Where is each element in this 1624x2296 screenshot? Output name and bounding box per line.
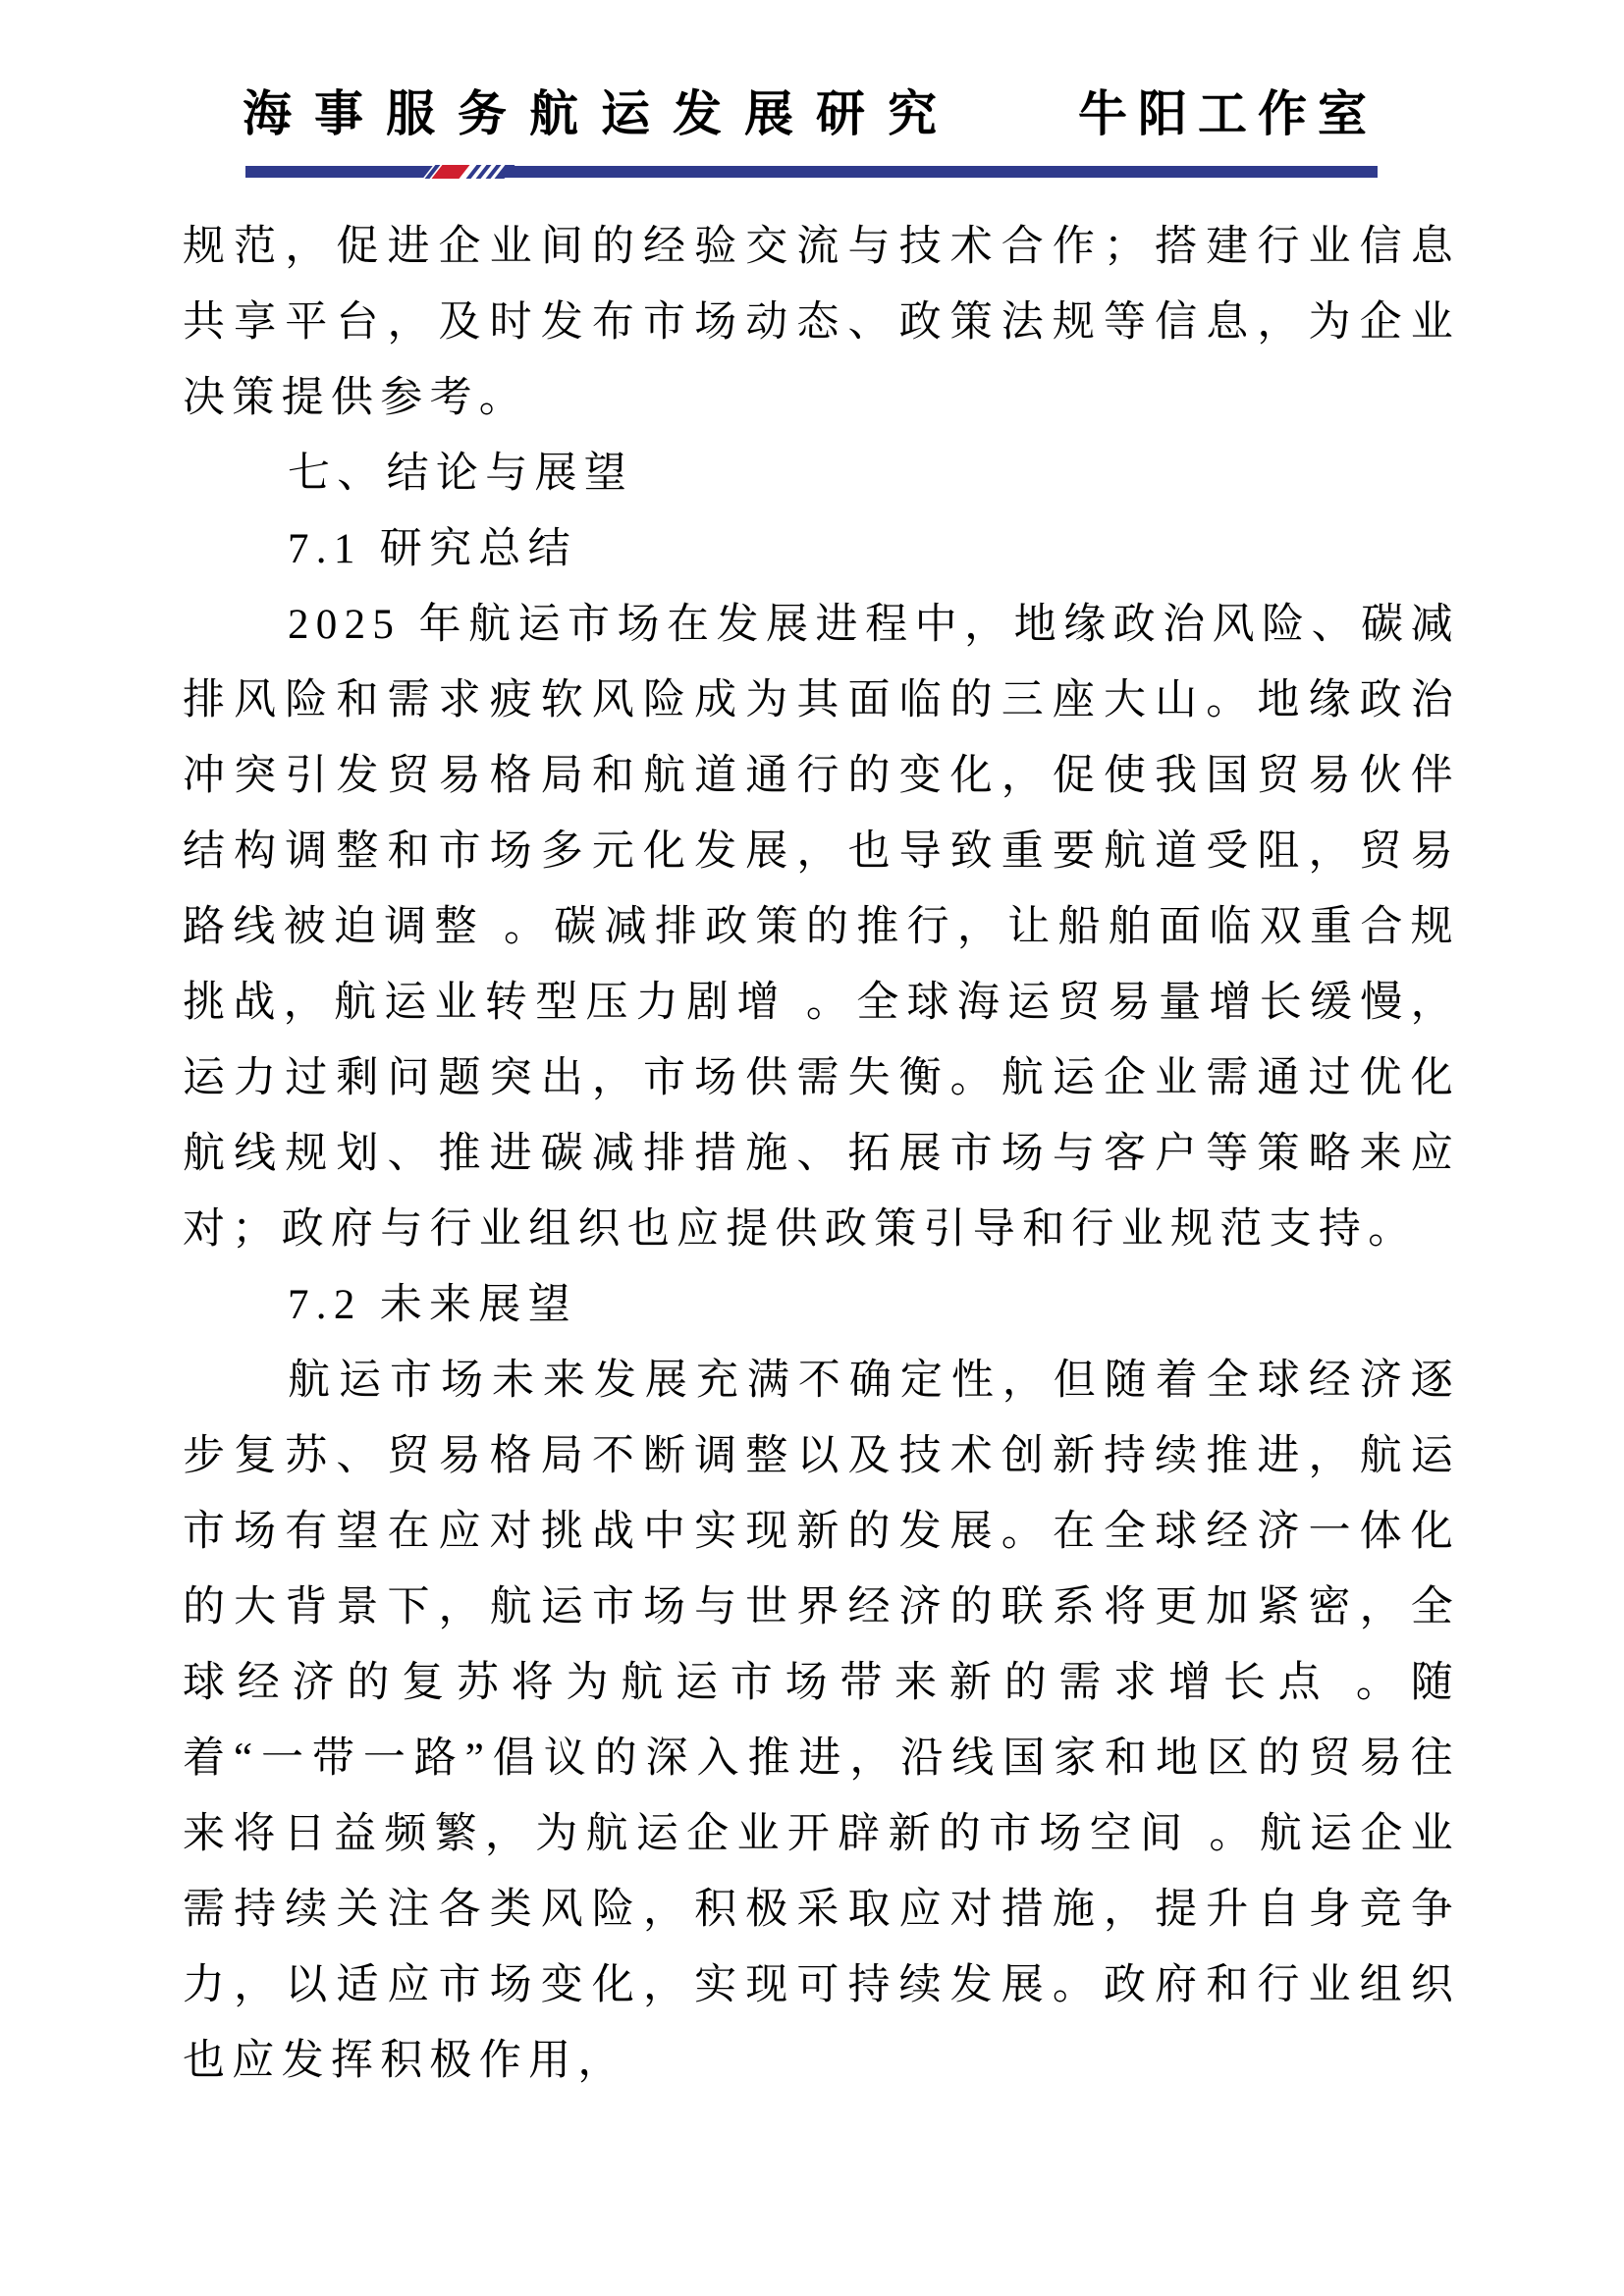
body-paragraph: 规范，促进企业间的经验交流与技术合作；搭建行业信息共享平台，及时发布市场动态、政… bbox=[183, 209, 1460, 436]
body-paragraph: 2025 年航运市场在发展进程中，地缘政治风险、碳减排风险和需求疲软风险成为其面… bbox=[183, 587, 1460, 1267]
page-header: 海事服务航运发展研究 牛阳工作室 bbox=[243, 84, 1378, 143]
header-rule-accent bbox=[423, 165, 513, 179]
section-heading: 7.2 未来展望 bbox=[183, 1267, 1460, 1343]
header-title-left: 海事服务航运发展研究 bbox=[243, 84, 959, 143]
document-body: 规范，促进企业间的经验交流与技术合作；搭建行业信息共享平台，及时发布市场动态、政… bbox=[183, 209, 1460, 2099]
page: { "header": { "title_left": "海事服务航运发展研究"… bbox=[0, 0, 1624, 2296]
section-heading: 七、结论与展望 bbox=[183, 436, 1460, 511]
header-title-right: 牛阳工作室 bbox=[1078, 84, 1378, 143]
body-paragraph: 航运市场未来发展充满不确定性，但随着全球经济逐步复苏、贸易格局不断调整以及技术创… bbox=[183, 1343, 1460, 2099]
section-heading: 7.1 研究总结 bbox=[183, 511, 1460, 587]
header-rule bbox=[245, 166, 1378, 178]
